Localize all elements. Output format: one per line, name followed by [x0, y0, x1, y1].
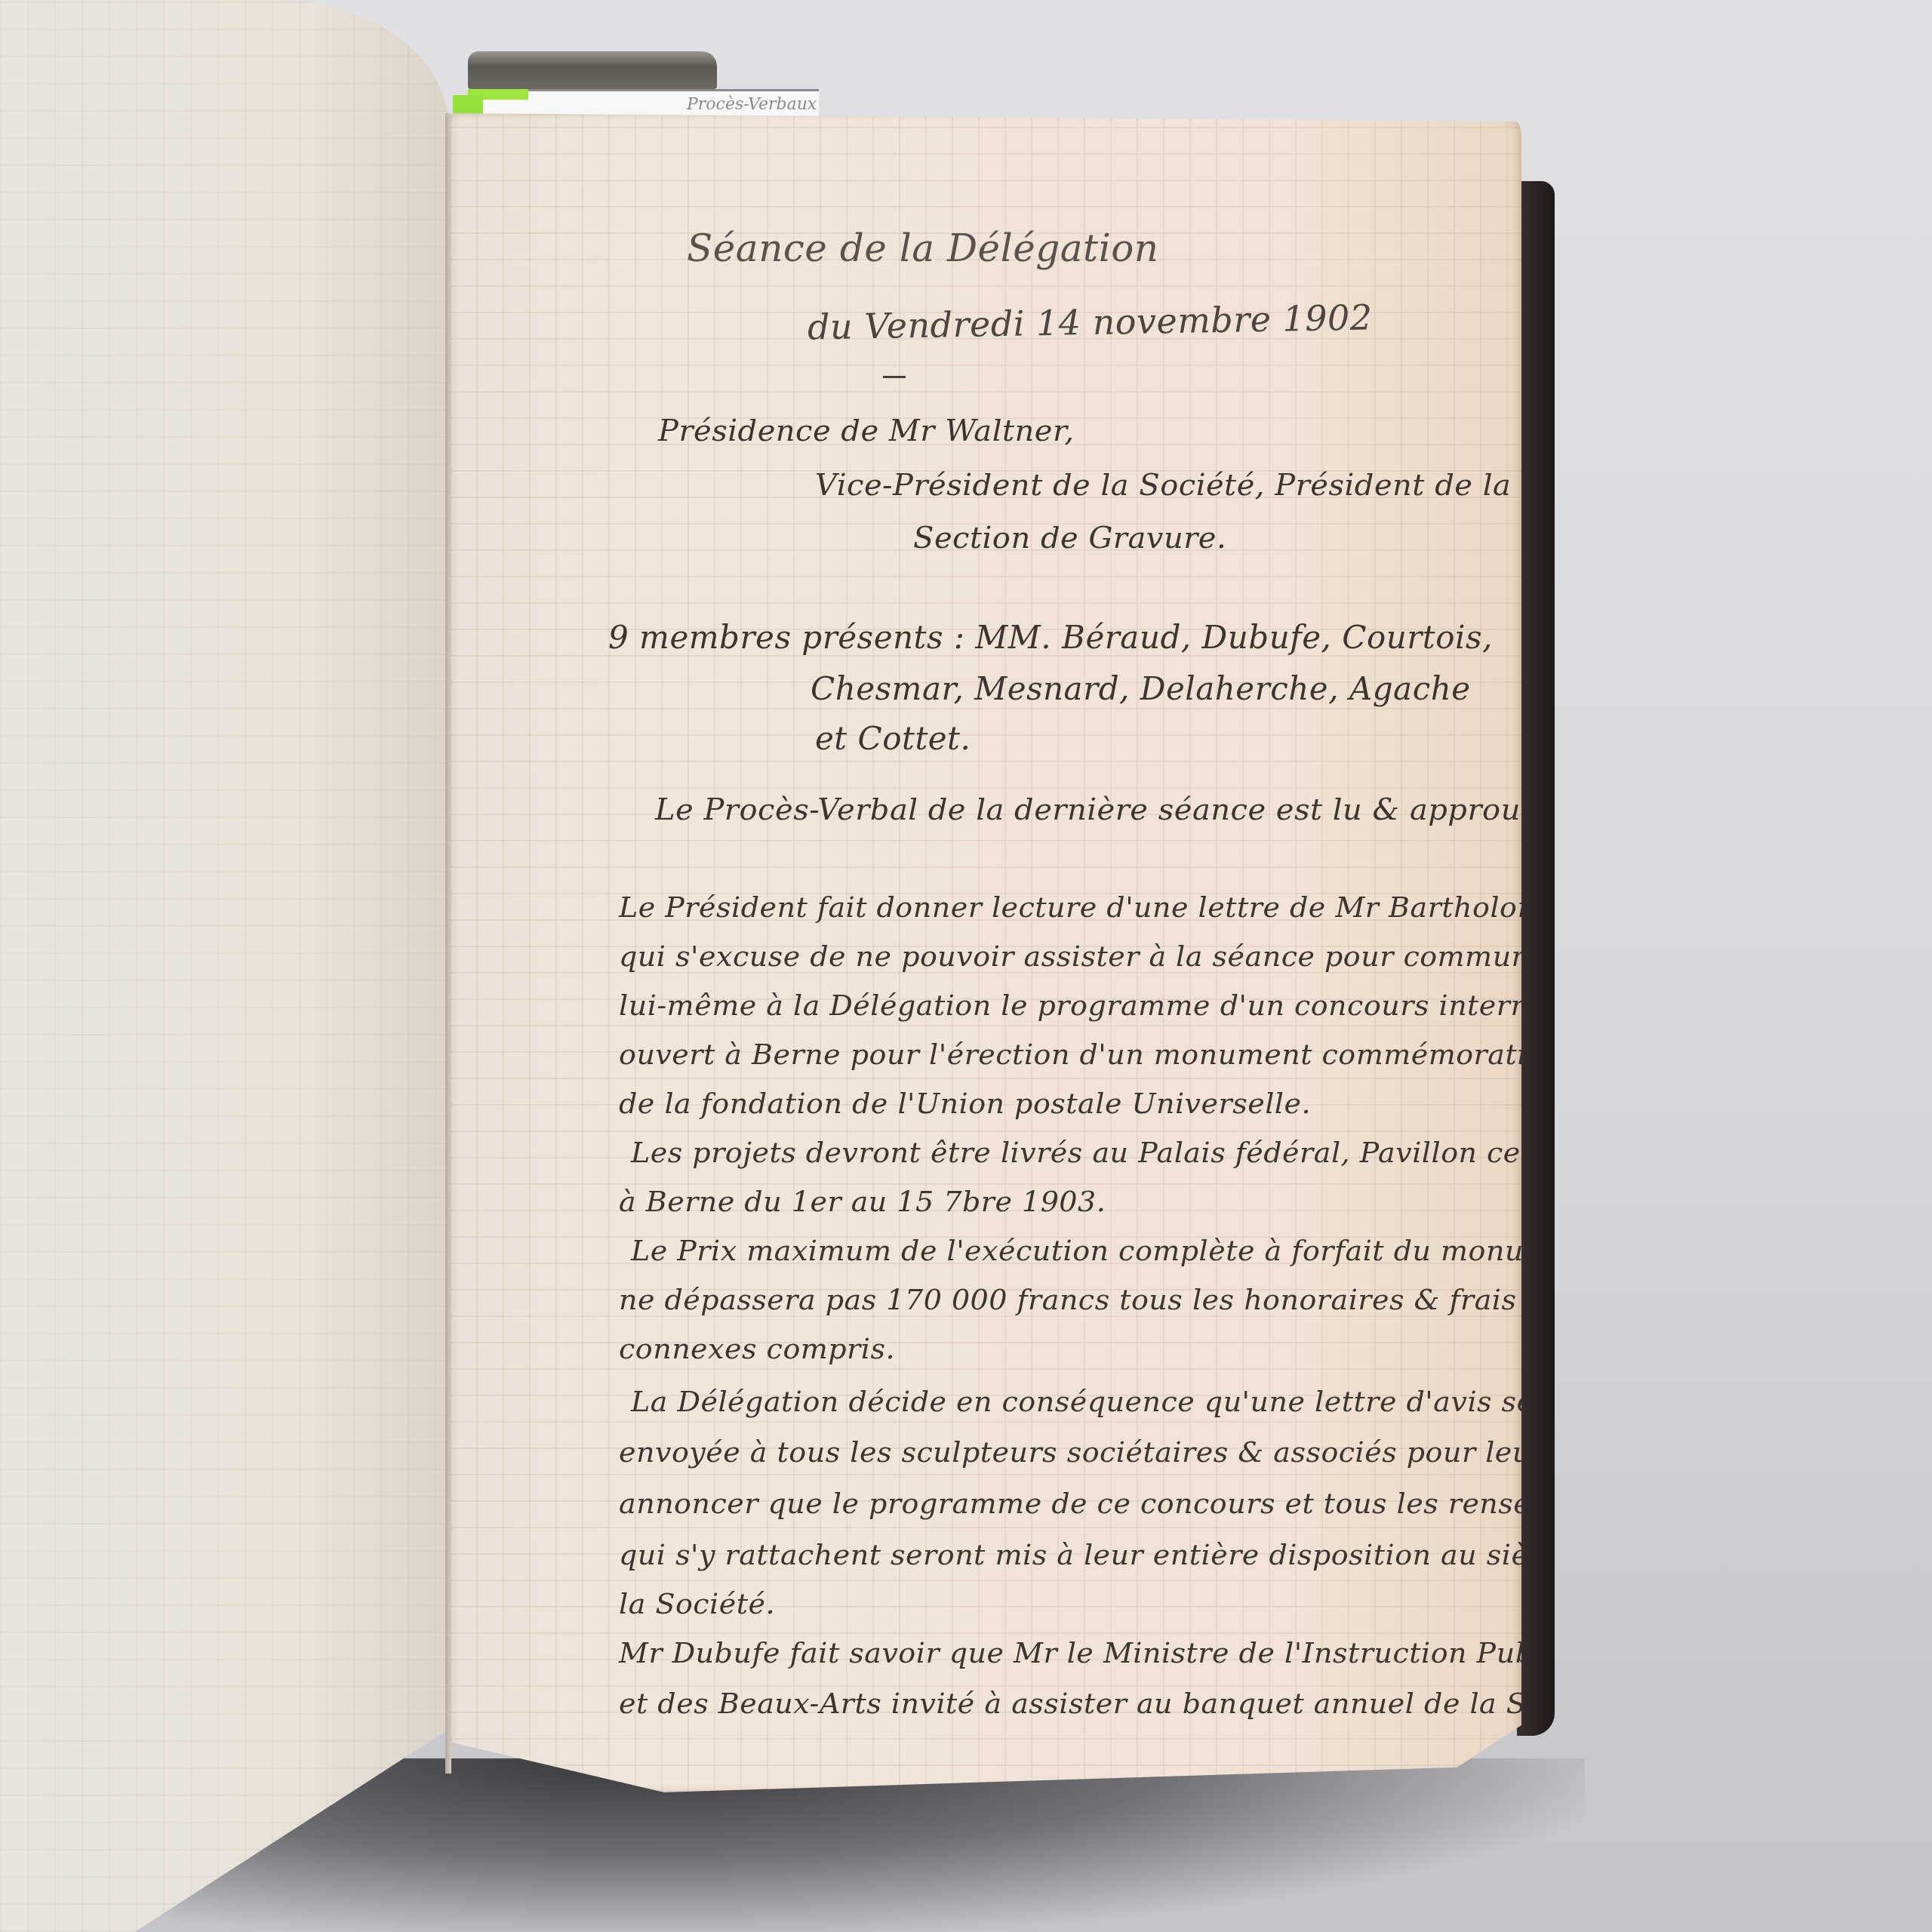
body-line-8: Le Prix maximum de l'exécution complète …	[631, 1234, 1599, 1267]
body-line-16: Mr Dubufe fait savoir que Mr le Ministre…	[619, 1636, 1608, 1669]
body-line-7: à Berne du 1er au 15 7bre 1903.	[619, 1185, 1106, 1218]
minutes-date: du Vendredi 14 novembre 1902	[808, 297, 1373, 347]
minutes-title: Séance de la Délégation	[687, 226, 1159, 270]
body-line-11: La Délégation décide en conséquence qu'u…	[631, 1385, 1565, 1418]
body-line-2: qui s'excuse de ne pouvoir assister à la…	[619, 940, 1609, 973]
presidency-line-1: Présidence de Mr Waltner,	[658, 414, 1074, 448]
approval-line: Le Procès-Verbal de la dernière séance e…	[655, 792, 1566, 827]
presidency-line-3: Section de Gravure.	[913, 521, 1226, 555]
header-separator	[883, 376, 906, 378]
body-line-1: Le Président fait donner lecture d'une l…	[619, 891, 1562, 924]
body-line-14: qui s'y rattachent seront mis à leur ent…	[619, 1538, 1611, 1571]
body-line-15: la Société.	[619, 1587, 775, 1620]
body-line-17: et des Beaux-Arts invité à assister au b…	[619, 1687, 1617, 1720]
right-page: Séance de la Délégation du Vendredi 14 n…	[450, 113, 1521, 1792]
bookmark-label: Procès-Verbaux	[687, 95, 817, 114]
attendance-line-2: Chesmar, Mesnard, Delaherche, Agache	[811, 670, 1471, 707]
body-line-3: lui-même à la Délégation le programme d'…	[619, 989, 1632, 1022]
attendance-line-1: 9 membres présents : MM. Béraud, Dubufe,…	[608, 619, 1493, 656]
presidency-line-2: Vice-Président de la Société, Président …	[815, 468, 1511, 503]
attendance-line-3: et Cottet.	[815, 720, 971, 757]
body-line-10: connexes compris.	[619, 1332, 895, 1365]
body-line-6: Les projets devront être livrés au Palai…	[631, 1136, 1602, 1169]
bookmark-tab: Procès-Verbaux	[468, 51, 823, 119]
body-line-4: ouvert à Berne pour l'érection d'un monu…	[619, 1038, 1537, 1071]
body-line-5: de la fondation de l'Union postale Unive…	[619, 1087, 1311, 1120]
book-back-cover	[1517, 181, 1555, 1736]
left-page-blank	[0, 0, 449, 1932]
body-line-12: envoyée à tous les sculpteurs sociétaire…	[619, 1435, 1545, 1469]
photo-scene: Procès-Verbaux Séance de la Délégation d…	[0, 0, 1932, 1932]
bookmark-dark-strip	[468, 51, 717, 89]
body-line-9: ne dépassera pas 170 000 francs tous les…	[619, 1283, 1517, 1316]
